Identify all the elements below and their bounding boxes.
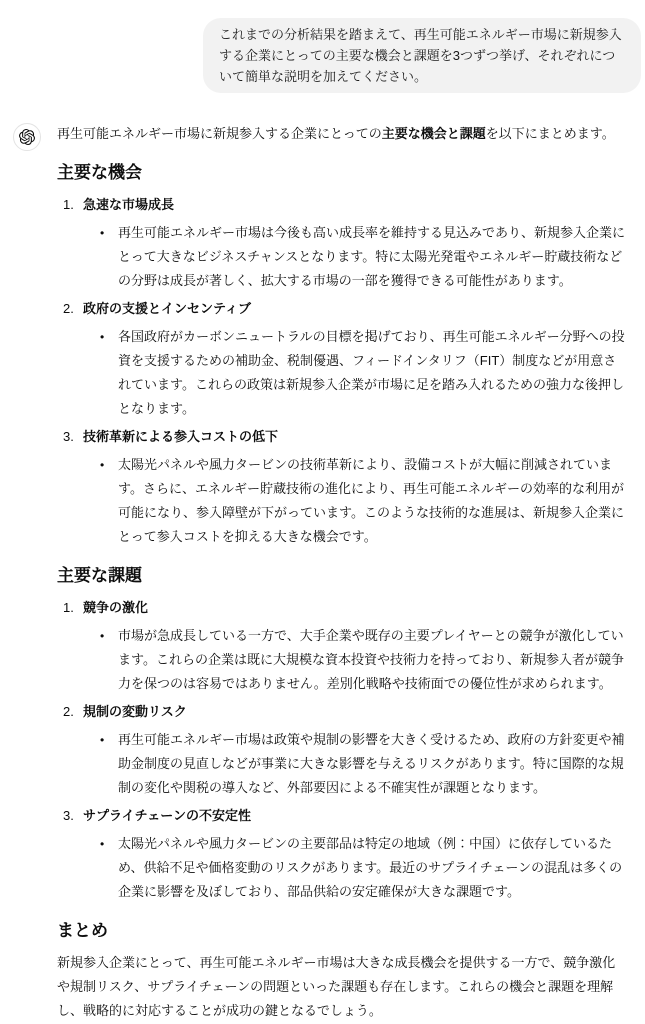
summary-paragraph: 新規参入企業にとって、再生可能エネルギー市場は大きな成長機会を提供する一方で、競…	[57, 951, 627, 1023]
challenges-list: 1. 競争の激化 • 市場が急成長している一方で、大手企業や既存の主要プレイヤー…	[57, 596, 627, 904]
intro-text-before: 再生可能エネルギー市場に新規参入する企業にとっての	[57, 126, 382, 141]
bullet-text: 再生可能エネルギー市場は今後も高い成長率を維持する見込みであり、新規参入企業にと…	[118, 221, 627, 293]
bullet-text: 太陽光パネルや風力タービンの技術革新により、設備コストが大幅に削減されています。…	[118, 453, 627, 549]
list-item-title-text: 急速な市場成長	[83, 193, 174, 217]
intro-text-after: を以下にまとめます。	[486, 126, 615, 141]
bullet-marker: •	[100, 221, 118, 293]
bullet-text: 再生可能エネルギー市場は政策や規制の影響を大きく受けるため、政府の方針変更や補助…	[118, 728, 627, 800]
list-item: 2. 政府の支援とインセンティブ • 各国政府がカーボンニュートラルの目標を掲げ…	[57, 297, 627, 421]
bullet-marker: •	[100, 624, 118, 696]
bullet-text: 太陽光パネルや風力タービンの主要部品は特定の地域（例：中国）に依存しているため、…	[118, 832, 627, 904]
opportunities-list: 1. 急速な市場成長 • 再生可能エネルギー市場は今後も高い成長率を維持する見込…	[57, 193, 627, 549]
user-message-bubble: これまでの分析結果を踏まえて、再生可能エネルギー市場に新規参入する企業にとっての…	[203, 18, 641, 93]
list-item-number: 3.	[63, 425, 83, 449]
bullet-item: • 再生可能エネルギー市場は今後も高い成長率を維持する見込みであり、新規参入企業…	[100, 221, 627, 293]
intro-text-bold: 主要な機会と課題	[382, 126, 486, 141]
list-item-title-text: 技術革新による参入コストの低下	[83, 425, 278, 449]
list-item-number: 1.	[63, 193, 83, 217]
list-item-number: 2.	[63, 700, 83, 724]
list-item-title: 2. 政府の支援とインセンティブ	[57, 297, 627, 321]
bullet-marker: •	[100, 325, 118, 421]
assistant-message-row: 再生可能エネルギー市場に新規参入する企業にとっての主要な機会と課題を以下にまとめ…	[0, 122, 645, 1023]
list-item: 3. サプライチェーンの不安定性 • 太陽光パネルや風力タービンの主要部品は特定…	[57, 804, 627, 904]
bullet-text: 市場が急成長している一方で、大手企業や既存の主要プレイヤーとの競争が激化していま…	[118, 624, 627, 696]
openai-logo-icon	[19, 129, 35, 145]
assistant-avatar	[13, 123, 41, 151]
list-item-title: 1. 急速な市場成長	[57, 193, 627, 217]
list-item: 1. 急速な市場成長 • 再生可能エネルギー市場は今後も高い成長率を維持する見込…	[57, 193, 627, 293]
chat-transcript: これまでの分析結果を踏まえて、再生可能エネルギー市場に新規参入する企業にとっての…	[0, 0, 645, 1023]
list-item-title: 1. 競争の激化	[57, 596, 627, 620]
list-item-title: 3. サプライチェーンの不安定性	[57, 804, 627, 828]
list-item-title: 3. 技術革新による参入コストの低下	[57, 425, 627, 449]
list-item-title-text: 政府の支援とインセンティブ	[83, 297, 251, 321]
list-item-number: 3.	[63, 804, 83, 828]
bullet-item: • 太陽光パネルや風力タービンの主要部品は特定の地域（例：中国）に依存しているた…	[100, 832, 627, 904]
user-message-row: これまでの分析結果を踏まえて、再生可能エネルギー市場に新規参入する企業にとっての…	[0, 0, 645, 93]
bullet-marker: •	[100, 832, 118, 904]
bullet-text: 各国政府がカーボンニュートラルの目標を掲げており、再生可能エネルギー分野への投資…	[118, 325, 627, 421]
list-item-title-text: 規制の変動リスク	[83, 700, 187, 724]
bullet-marker: •	[100, 728, 118, 800]
assistant-intro: 再生可能エネルギー市場に新規参入する企業にとっての主要な機会と課題を以下にまとめ…	[57, 122, 627, 146]
list-item-number: 2.	[63, 297, 83, 321]
list-item: 1. 競争の激化 • 市場が急成長している一方で、大手企業や既存の主要プレイヤー…	[57, 596, 627, 696]
section-heading-summary: まとめ	[57, 918, 627, 943]
list-item: 3. 技術革新による参入コストの低下 • 太陽光パネルや風力タービンの技術革新に…	[57, 425, 627, 549]
bullet-item: • 再生可能エネルギー市場は政策や規制の影響を大きく受けるため、政府の方針変更や…	[100, 728, 627, 800]
bullet-item: • 太陽光パネルや風力タービンの技術革新により、設備コストが大幅に削減されていま…	[100, 453, 627, 549]
list-item-number: 1.	[63, 596, 83, 620]
section-heading-challenges: 主要な課題	[57, 563, 627, 588]
bullet-marker: •	[100, 453, 118, 549]
list-item-title-text: サプライチェーンの不安定性	[83, 804, 251, 828]
bullet-item: • 各国政府がカーボンニュートラルの目標を掲げており、再生可能エネルギー分野への…	[100, 325, 627, 421]
bullet-item: • 市場が急成長している一方で、大手企業や既存の主要プレイヤーとの競争が激化して…	[100, 624, 627, 696]
section-heading-opportunities: 主要な機会	[57, 160, 627, 185]
list-item-title: 2. 規制の変動リスク	[57, 700, 627, 724]
assistant-message-content: 再生可能エネルギー市場に新規参入する企業にとっての主要な機会と課題を以下にまとめ…	[57, 122, 627, 1023]
list-item: 2. 規制の変動リスク • 再生可能エネルギー市場は政策や規制の影響を大きく受け…	[57, 700, 627, 800]
list-item-title-text: 競争の激化	[83, 596, 148, 620]
